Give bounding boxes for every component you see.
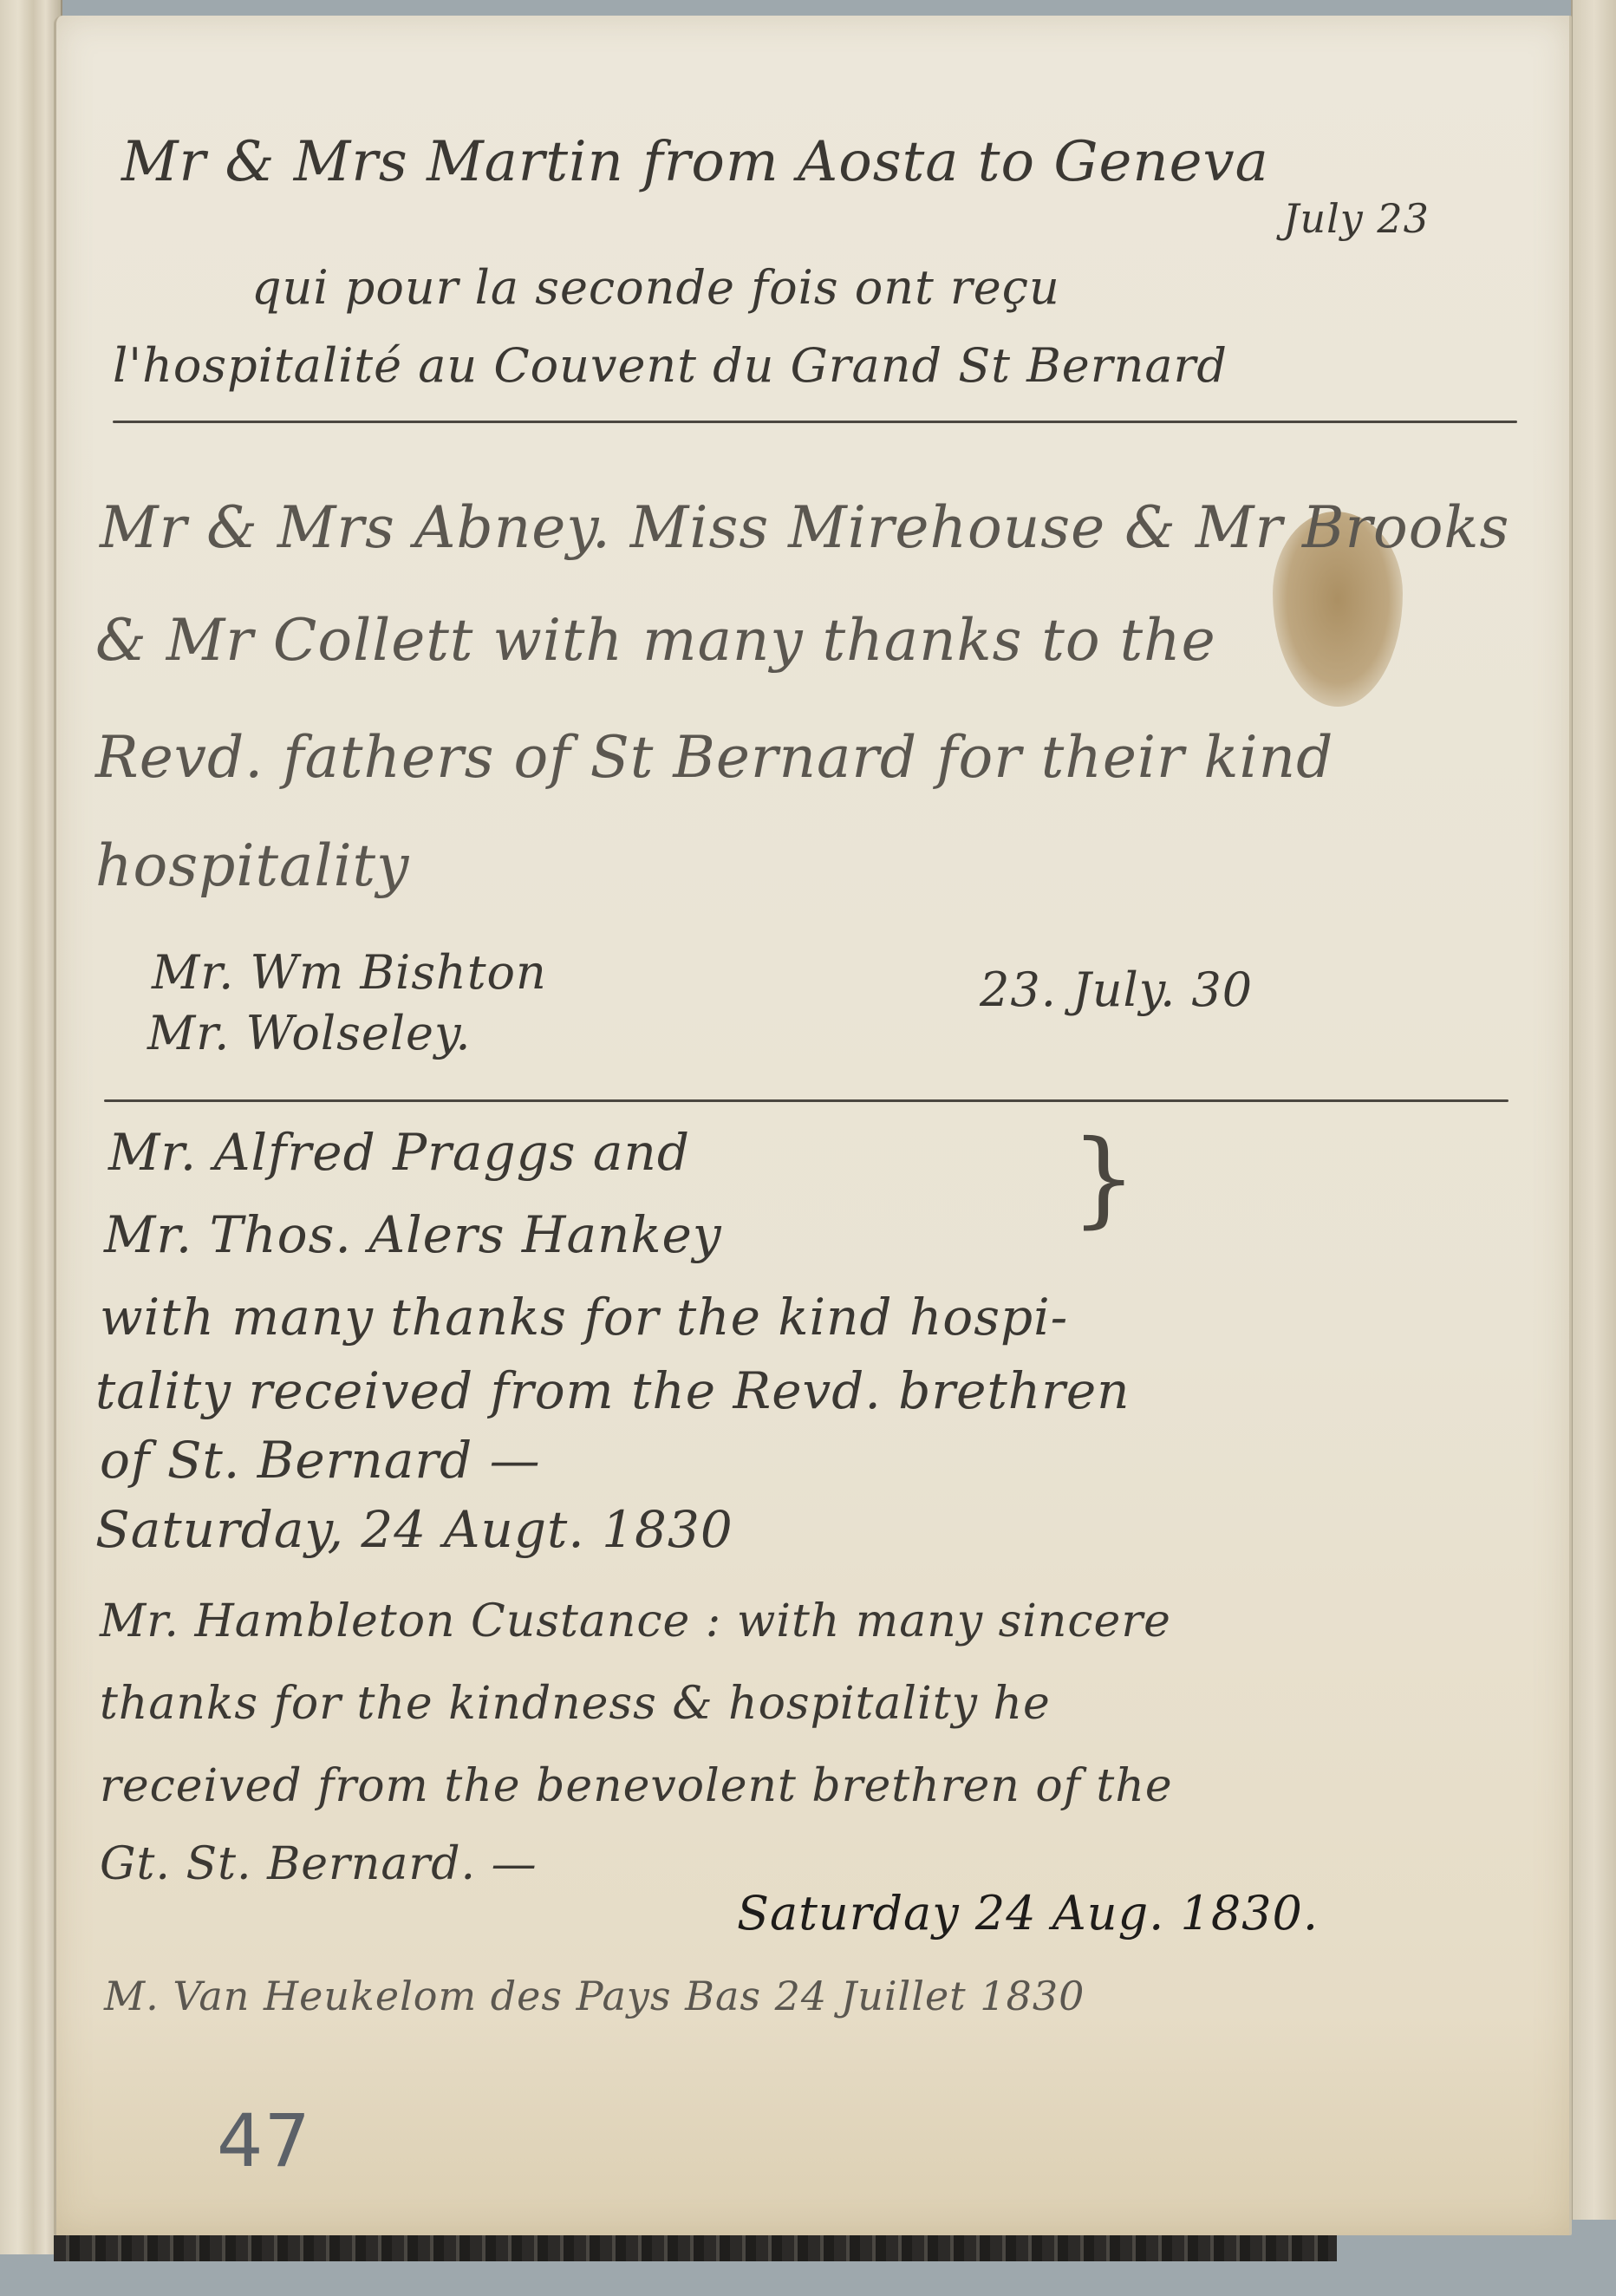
entry-date: July 23	[1283, 195, 1430, 242]
entry-line: Revd. fathers of St Bernard for their ki…	[95, 724, 1333, 791]
entry-line: l'hospitalité au Couvent du Grand St Ber…	[113, 338, 1228, 393]
entry-line: hospitality	[95, 832, 409, 899]
divider	[104, 1099, 1508, 1102]
page-bottom-edge	[54, 2235, 1337, 2261]
page-number: 47	[217, 2098, 311, 2183]
entry-line: & Mr Collett with many thanks to the	[95, 607, 1216, 674]
entry-line: thanks for the kindness & hospitality he	[100, 1678, 1051, 1730]
entry-line: Mr. Wm Bishton	[152, 945, 547, 1000]
entry-line: Gt. St. Bernard. —	[100, 1838, 538, 1890]
entry-line: qui pour la seconde fois ont reçu	[251, 260, 1060, 315]
entry-line: received from the benevolent brethren of…	[100, 1760, 1173, 1812]
entry-date: 23. July. 30	[980, 962, 1253, 1017]
brace-mark: }	[1071, 1119, 1137, 1239]
entry-line: tality received from the Revd. brethren	[95, 1361, 1131, 1420]
entry-line: Mr & Mrs Martin from Aosta to Geneva	[121, 130, 1269, 194]
entry-line: with many thanks for the kind hospi-	[100, 1288, 1068, 1347]
entry-date: Saturday 24 Aug. 1830.	[737, 1886, 1319, 1941]
entry-line: of St. Bernard —	[100, 1431, 541, 1490]
entry-line: Mr. Thos. Alers Hankey	[104, 1205, 722, 1264]
divider	[113, 421, 1517, 423]
entry-line: M. Van Heukelom des Pays Bas 24 Juillet …	[104, 1973, 1085, 2019]
entry-line: Mr. Hambleton Custance : with many since…	[100, 1595, 1171, 1647]
entry-line: Mr & Mrs Abney. Miss Mirehouse & Mr Broo…	[100, 494, 1509, 561]
entry-line: Mr. Alfred Praggs and	[108, 1123, 690, 1182]
book-binding-right	[1571, 0, 1616, 2220]
entry-date: Saturday, 24 Augt. 1830	[95, 1500, 733, 1559]
entry-line: Mr. Wolseley.	[147, 1006, 472, 1060]
